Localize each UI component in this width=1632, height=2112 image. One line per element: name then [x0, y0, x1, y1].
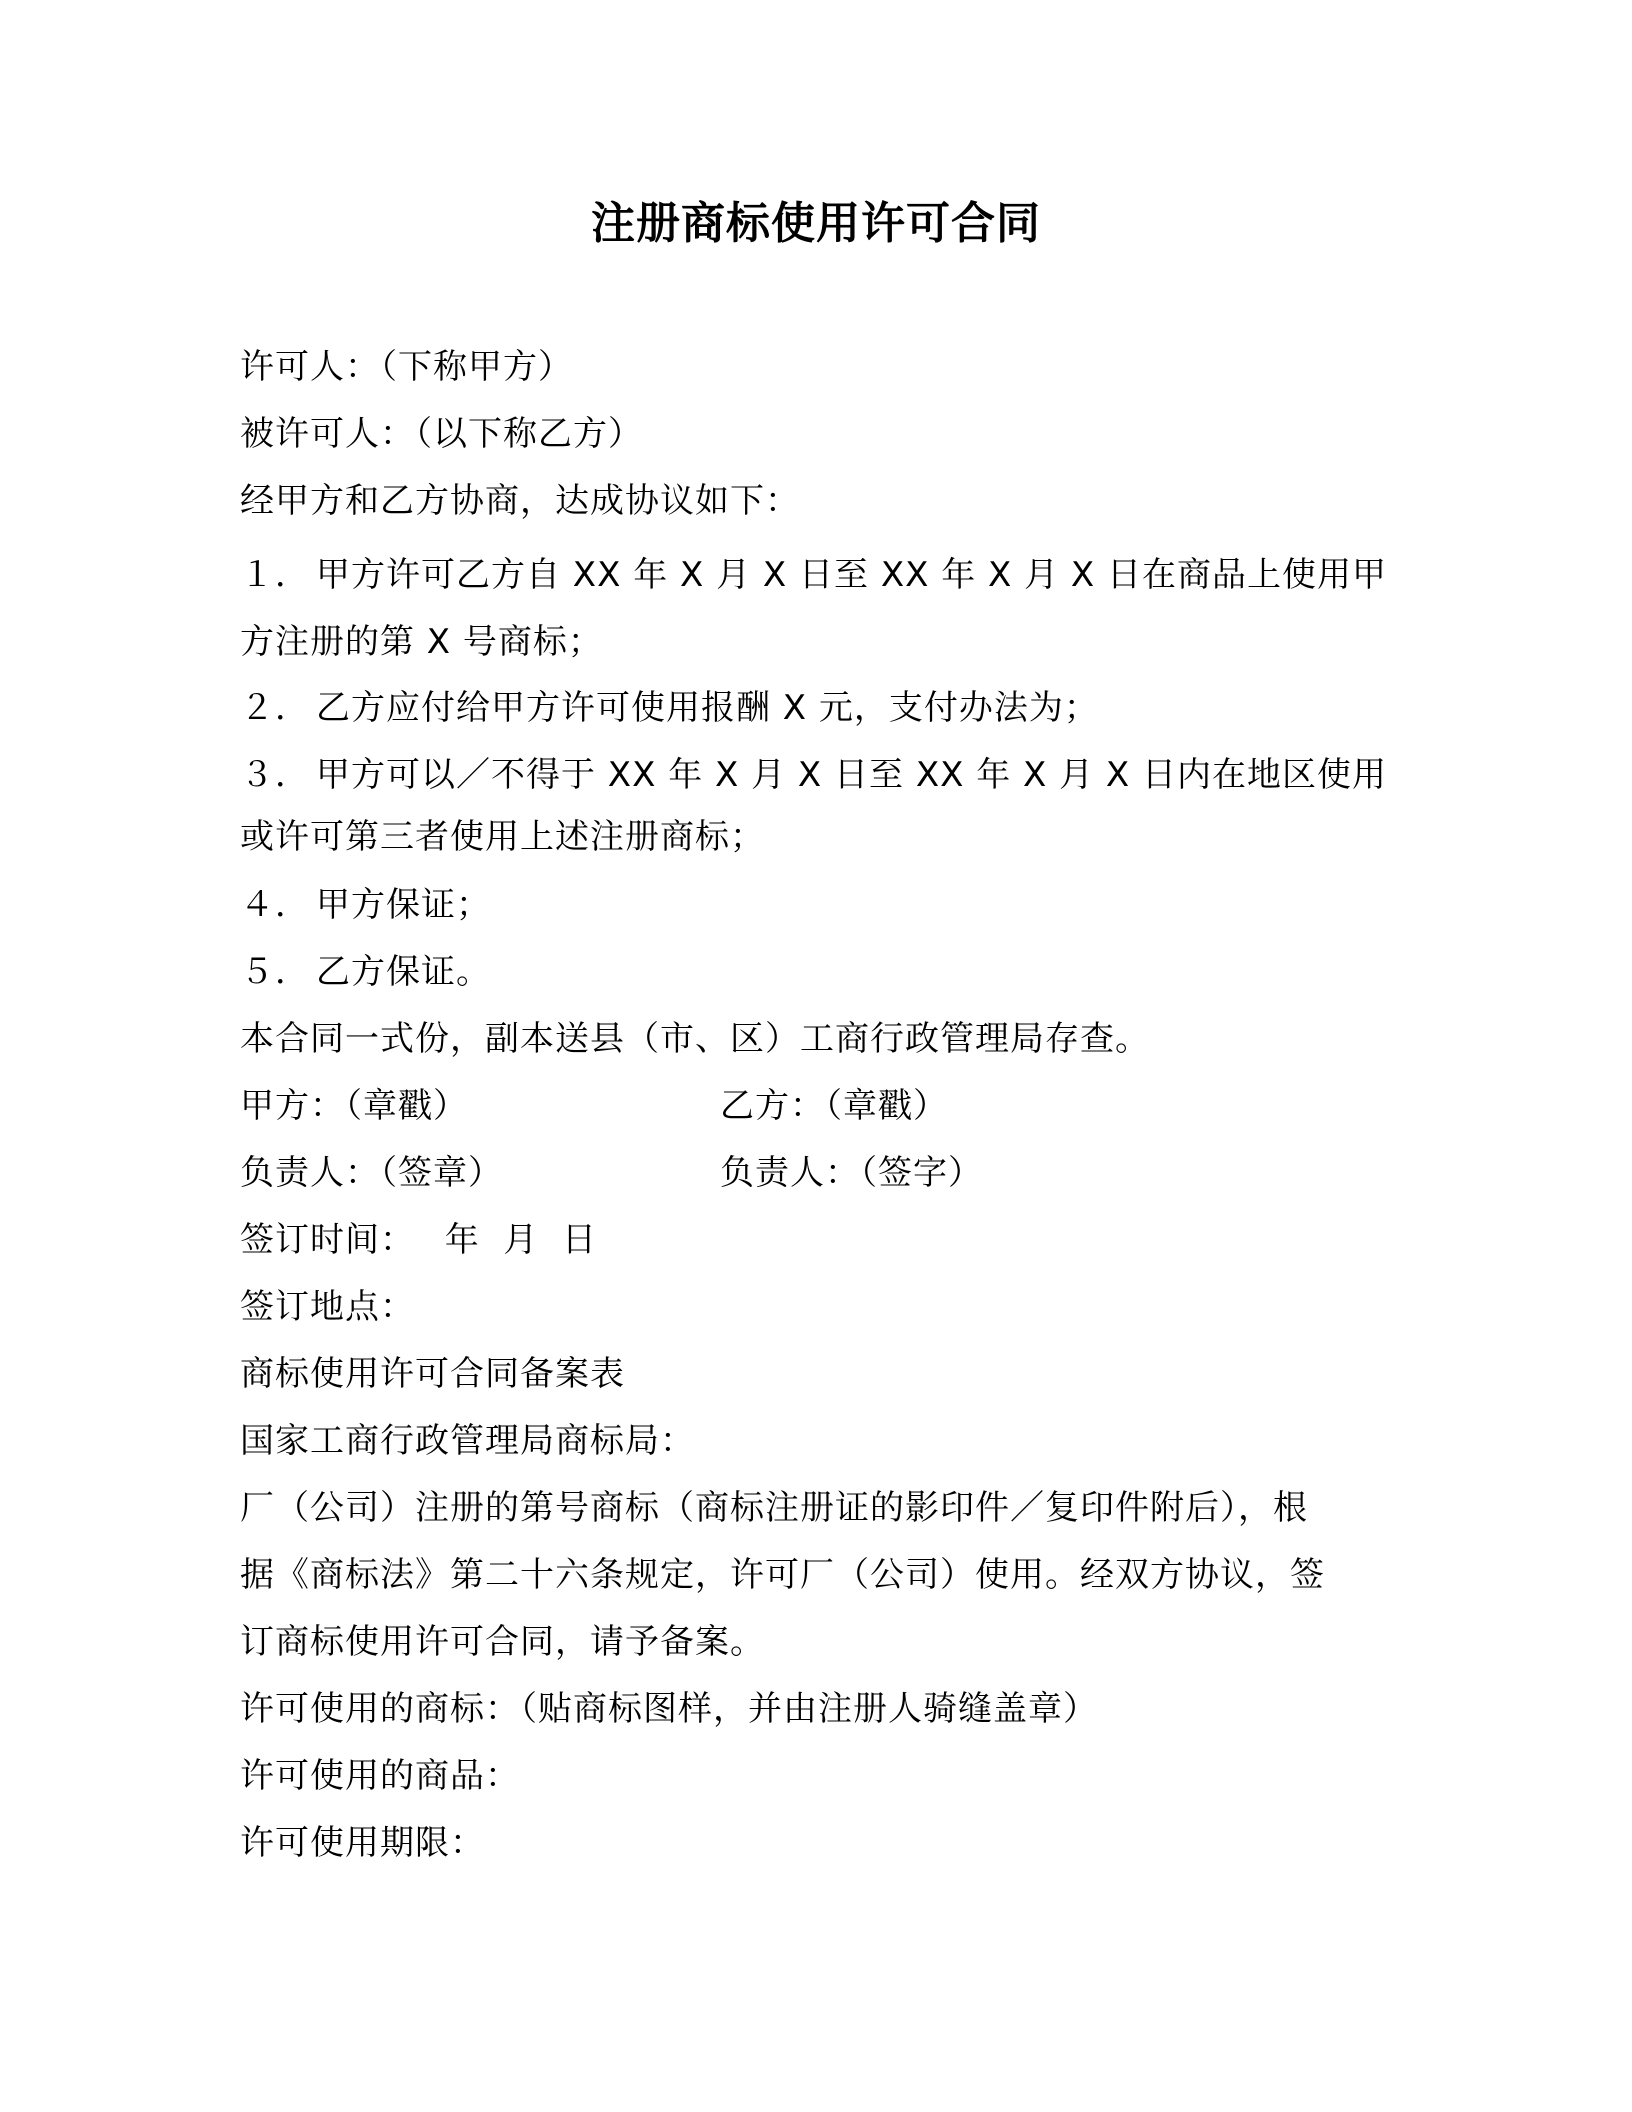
clause-3: ３．甲方可以／不得于 XX 年 X 月 X 日至 XX 年 X 月 X 日内在地…	[240, 753, 1387, 797]
filing-form-title: 商标使用许可合同备案表	[240, 1352, 625, 1396]
clause-2: ２．乙方应付给甲方许可使用报酬 X 元，支付办法为；	[240, 686, 1099, 730]
clause-5: ５．乙方保证。	[240, 950, 491, 994]
document-page: 注册商标使用许可合同 许可人：（下称甲方） 被许可人：（以下称乙方） 经甲方和乙…	[0, 0, 1632, 2112]
clause-text: 甲方保证；	[316, 885, 491, 925]
signing-date: 签订时间： 年 月 日	[240, 1218, 597, 1262]
intro-line: 经甲方和乙方协商，达成协议如下：	[240, 479, 800, 523]
licensed-goods: 许可使用的商品：	[240, 1754, 520, 1798]
representative-row: 负责人：（签章） 负责人：（签字）	[240, 1151, 503, 1195]
copies-note: 本合同一式份，副本送县（市、区）工商行政管理局存查。	[240, 1017, 1150, 1061]
licensee-line: 被许可人：（以下称乙方）	[240, 412, 643, 456]
clause-4: ４．甲方保证；	[240, 883, 491, 927]
document-title: 注册商标使用许可合同	[0, 196, 1632, 252]
clause-number: ５．	[240, 950, 316, 994]
filing-body-line-3: 订商标使用许可合同，请予备案。	[240, 1620, 765, 1664]
clause-text: 甲方许可乙方自 XX 年 X 月 X 日至 XX 年 X 月 X 日在商品上使用…	[316, 555, 1387, 595]
clause-text: 乙方应付给甲方许可使用报酬 X 元，支付办法为；	[316, 688, 1099, 728]
party-b-seal: 乙方：（章戳）	[720, 1084, 948, 1128]
clause-number: ４．	[240, 883, 316, 927]
signing-place: 签订地点：	[240, 1285, 415, 1329]
filing-body-line-1: 厂（公司）注册的第号商标（商标注册证的影印件／复印件附后），根	[240, 1486, 1308, 1530]
party-a-seal: 甲方：（章戳）	[240, 1086, 468, 1126]
license-term: 许可使用期限：	[240, 1821, 485, 1865]
party-a-representative: 负责人：（签章）	[240, 1153, 503, 1193]
licensor-line: 许可人：（下称甲方）	[240, 345, 573, 389]
party-b-representative: 负责人：（签字）	[720, 1151, 983, 1195]
addressee: 国家工商行政管理局商标局：	[240, 1419, 695, 1463]
seal-row: 甲方：（章戳） 乙方：（章戳）	[240, 1084, 468, 1128]
licensed-mark: 许可使用的商标：（贴商标图样，并由注册人骑缝盖章）	[240, 1687, 1098, 1731]
clause-number: １．	[240, 553, 316, 597]
clause-1-continued: 方注册的第 X 号商标；	[240, 620, 603, 664]
clause-1: １．甲方许可乙方自 XX 年 X 月 X 日至 XX 年 X 月 X 日在商品上…	[240, 553, 1387, 597]
clause-3-continued: 或许可第三者使用上述注册商标；	[240, 815, 765, 859]
clause-number: ３．	[240, 753, 316, 797]
clause-text: 乙方保证。	[316, 952, 491, 992]
filing-body-line-2: 据《商标法》第二十六条规定，许可厂（公司）使用。经双方协议，签	[240, 1553, 1325, 1597]
clause-text: 甲方可以／不得于 XX 年 X 月 X 日至 XX 年 X 月 X 日内在地区使…	[316, 755, 1387, 795]
clause-number: ２．	[240, 686, 316, 730]
